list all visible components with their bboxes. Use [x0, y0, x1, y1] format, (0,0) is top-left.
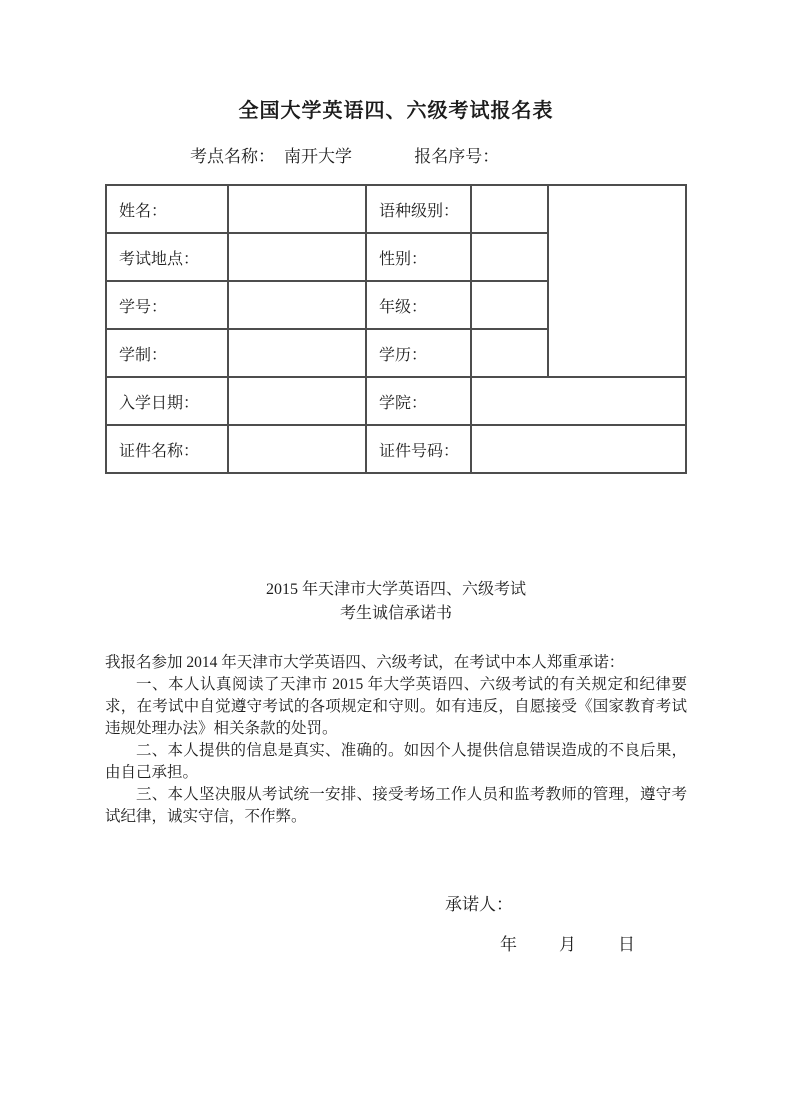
college-label: 学院： [366, 377, 471, 425]
name-label: 姓名： [106, 185, 228, 233]
student-id-label: 学号： [106, 281, 228, 329]
document-page: 全国大学英语四、六级考试报名表 考点名称：南开大学 报名序号： 姓名： 语种级别… [0, 0, 792, 1120]
pledge-intro: 我报名参加 2014 年天津市大学英语四、六级考试，在考试中本人郑重承诺： [105, 652, 687, 674]
name-value-cell [228, 185, 366, 233]
signature-date-line: 年 月 日 [500, 930, 635, 955]
month-label: 月 [559, 930, 576, 955]
table-row-id-document: 证件名称： 证件号码： [106, 425, 686, 473]
id-name-value-cell [228, 425, 366, 473]
grade-label: 年级： [366, 281, 471, 329]
exam-location-label: 考试地点： [106, 233, 228, 281]
college-value-cell [471, 377, 686, 425]
site-serial-line: 考点名称：南开大学 报名序号： [190, 142, 499, 167]
pledge-item-2: 二、本人提供的信息是真实、准确的。如因个人提供信息错误造成的不良后果，由自己承担… [105, 740, 687, 784]
gender-label: 性别： [366, 233, 471, 281]
study-length-label: 学制： [106, 329, 228, 377]
site-name-value: 南开大学 [284, 147, 352, 166]
education-label: 学历： [366, 329, 471, 377]
pledge-title-block: 2015 年天津市大学英语四、六级考试 考生诚信承诺书 [0, 578, 792, 626]
table-row-enrollment-date: 入学日期： 学院： [106, 377, 686, 425]
student-id-value-cell [228, 281, 366, 329]
id-name-label: 证件名称： [106, 425, 228, 473]
registration-table: 姓名： 语种级别： 考试地点： 性别： 学号： 年级： 学制： [105, 184, 687, 474]
pledge-item-3: 三、本人坚决服从考试统一安排、接受考场工作人员和监考教师的管理，遵守考试纪律，诚… [105, 784, 687, 828]
pledge-title-line1: 2015 年天津市大学英语四、六级考试 [0, 578, 792, 602]
language-level-value-cell [471, 185, 548, 233]
year-label: 年 [500, 930, 517, 955]
pledge-title-line2: 考生诚信承诺书 [0, 602, 792, 626]
id-number-value-cell [471, 425, 686, 473]
table-row-name: 姓名： 语种级别： [106, 185, 686, 233]
study-length-value-cell [228, 329, 366, 377]
pledge-item-1: 一、本人认真阅读了天津市 2015 年大学英语四、六级考试的有关规定和纪律要求，… [105, 674, 687, 740]
day-label: 日 [618, 930, 635, 955]
page-title: 全国大学英语四、六级考试报名表 [0, 94, 792, 123]
pledger-signature-line: 承诺人： [445, 890, 513, 915]
grade-value-cell [471, 281, 548, 329]
pledge-body: 我报名参加 2014 年天津市大学英语四、六级考试，在考试中本人郑重承诺： 一、… [105, 652, 687, 828]
id-number-label: 证件号码： [366, 425, 471, 473]
site-name-label: 考点名称： [190, 147, 275, 166]
education-value-cell [471, 329, 548, 377]
pledger-label: 承诺人： [445, 895, 513, 914]
enrollment-date-value-cell [228, 377, 366, 425]
photo-cell [548, 185, 686, 377]
exam-location-value-cell [228, 233, 366, 281]
language-level-label: 语种级别： [366, 185, 471, 233]
serial-number-label: 报名序号： [414, 147, 499, 166]
enrollment-date-label: 入学日期： [106, 377, 228, 425]
gender-value-cell [471, 233, 548, 281]
